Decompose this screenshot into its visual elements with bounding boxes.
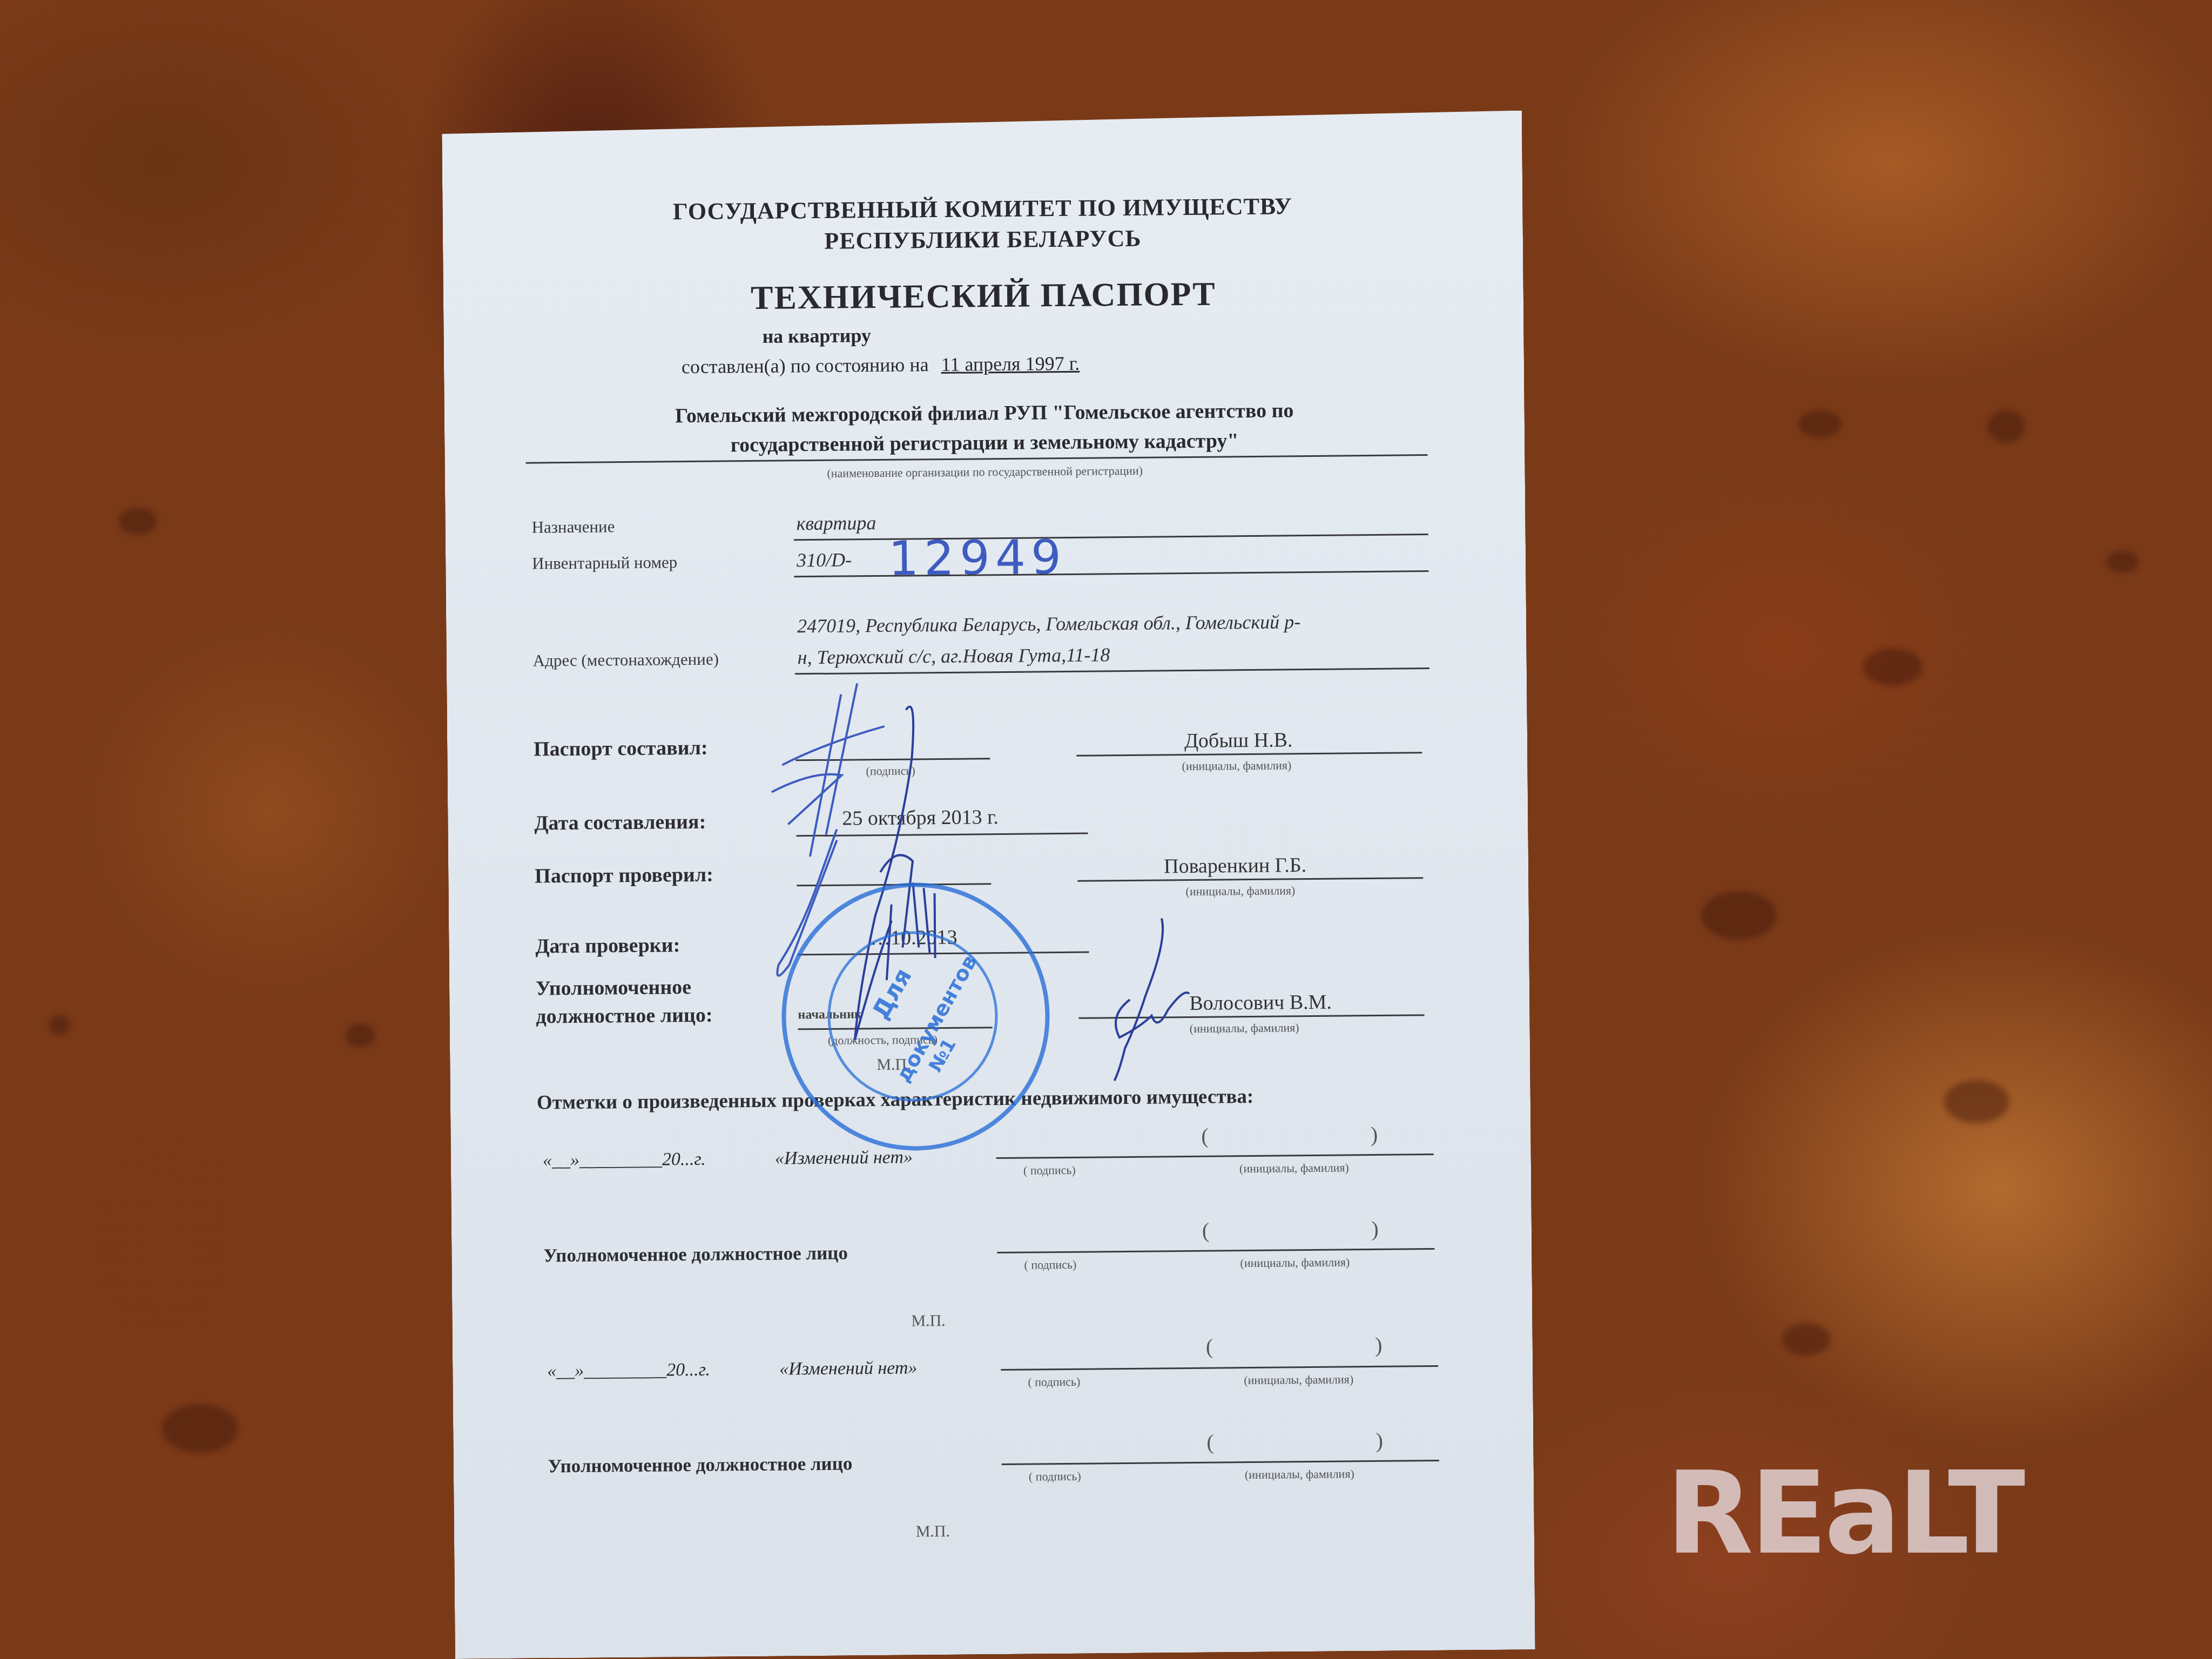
- authorized-row-label: Уполномоченное должностное лицо: [543, 1243, 848, 1267]
- compiled-by-name: Добыш Н.В.: [1184, 728, 1293, 753]
- check-row-line: [1001, 1365, 1438, 1371]
- check-row-brackets: ( ): [1201, 1122, 1378, 1149]
- authorized-label-line2: должностное лицо:: [536, 1003, 712, 1029]
- compiled-as-of-date: 11 апреля 1997 г.: [941, 353, 1080, 375]
- technical-passport-page: ГОСУДАРСТВЕННЫЙ КОМИТЕТ ПО ИМУЩЕСТВУ РЕС…: [442, 111, 1535, 1659]
- compiled-by-name-caption: (инициалы, фамилия): [1182, 758, 1291, 773]
- checked-by-name-line: [1077, 877, 1423, 882]
- wood-knot: [162, 1404, 238, 1453]
- organization-caption: (наименование организации по государстве…: [445, 461, 1525, 484]
- committee-header-line2: РЕСПУБЛИКИ БЕЛАРУСЬ: [443, 221, 1523, 258]
- signature-authorized: [1075, 907, 1239, 1087]
- document-title: ТЕХНИЧЕСКИЙ ПАСПОРТ: [443, 273, 1524, 320]
- purpose-label: Назначение: [531, 517, 615, 537]
- authorized-row-line: [1002, 1460, 1439, 1465]
- authorized-row-seal-mark: М.П.: [916, 1522, 950, 1541]
- document-subtitle: на квартиру: [762, 324, 871, 348]
- authorized-row-seal-mark: М.П.: [911, 1312, 946, 1331]
- authorized-row-signature-caption: ( подпись): [1024, 1258, 1076, 1272]
- check-date-label: Дата проверки:: [535, 933, 680, 958]
- authorized-row-signature-caption: ( подпись): [1029, 1469, 1081, 1484]
- inventory-number-handwritten: 12949: [888, 529, 1067, 586]
- committee-header-line1: ГОСУДАРСТВЕННЫЙ КОМИТЕТ ПО ИМУЩЕСТВУ: [442, 191, 1522, 227]
- authorized-row-brackets: ( ): [1202, 1216, 1379, 1243]
- compiled-as-of: составлен(а) по состоянию на 11 апреля 1…: [682, 352, 1080, 378]
- check-row-date: «__»_________20...г.: [543, 1149, 706, 1171]
- check-row-date: «__»_________20...г.: [547, 1360, 710, 1382]
- address-label: Адрес (местонахождение): [533, 650, 719, 671]
- wood-knot: [1798, 410, 1842, 437]
- inventory-number-label: Инвентарный номер: [532, 552, 677, 573]
- check-row-name-caption: (инициалы, фамилия): [1239, 1161, 1349, 1176]
- check-row-brackets: ( ): [1206, 1332, 1382, 1359]
- check-row-signature-caption: ( подпись): [1028, 1375, 1080, 1390]
- authorized-label-line1: Уполномоченное: [536, 975, 691, 1001]
- wood-knot: [1944, 1080, 2009, 1123]
- wood-knot: [2106, 551, 2139, 572]
- inventory-number-prefix: 310/D-: [797, 548, 852, 571]
- wood-knot: [1987, 410, 2025, 443]
- authorized-row-label: Уполномоченное должностное лицо: [548, 1453, 853, 1477]
- wood-knot: [1863, 648, 1923, 686]
- compiled-date-label: Дата составления:: [534, 810, 706, 835]
- checked-by-name-caption: (инициалы, фамилия): [1185, 884, 1295, 899]
- wood-knot: [49, 1015, 70, 1035]
- address-line1: 247019, Республика Беларусь, Гомельская …: [797, 610, 1300, 637]
- check-row-note: «Изменений нет»: [779, 1358, 917, 1379]
- organization-line1: Гомельский межгородской филиал РУП "Гоме…: [444, 397, 1525, 430]
- wood-knot: [1701, 891, 1777, 940]
- authorized-row-brackets: ( ): [1206, 1428, 1383, 1455]
- purpose-value: квартира: [796, 511, 876, 535]
- compiled-as-of-prefix: составлен(а) по состоянию на: [682, 354, 929, 377]
- authorized-row-name-caption: (инициалы, фамилия): [1240, 1255, 1350, 1270]
- checked-by-name: Поваренкин Г.Б.: [1164, 853, 1306, 878]
- wood-knot: [346, 1023, 375, 1048]
- checked-by-label: Паспорт проверил:: [535, 863, 713, 888]
- compiled-by-name-line: [1076, 752, 1422, 757]
- wood-knot: [119, 508, 157, 535]
- official-round-stamp: Для документов №1: [442, 111, 1522, 120]
- realt-watermark-logo: REaLT: [1666, 1447, 2022, 1580]
- check-row-name-caption: (инициалы, фамилия): [1244, 1372, 1353, 1387]
- authorized-row-line: [997, 1248, 1434, 1253]
- authorized-row-name-caption: (инициалы, фамилия): [1245, 1467, 1354, 1482]
- wood-knot: [1782, 1323, 1831, 1355]
- compiled-by-label: Паспорт составил:: [534, 736, 708, 761]
